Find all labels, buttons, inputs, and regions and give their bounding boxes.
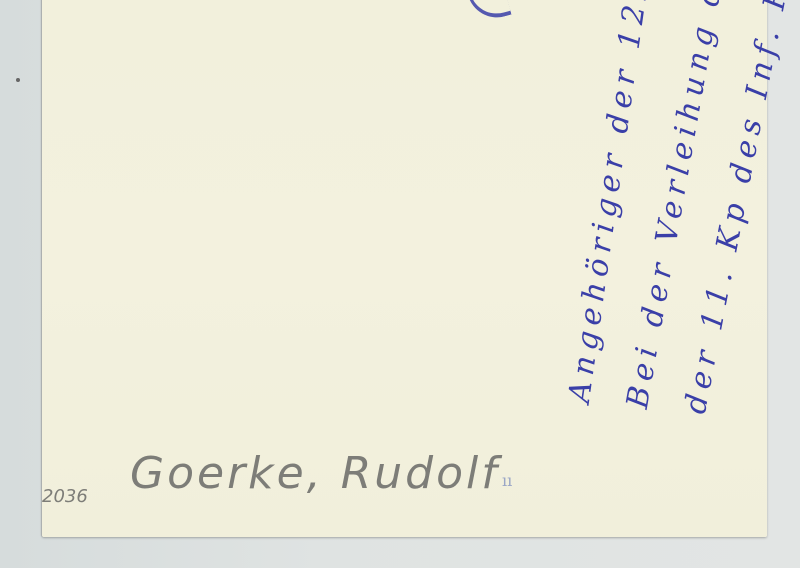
- person-name: Goerke, Rudolf: [130, 448, 500, 499]
- ink-mark: ıı: [502, 471, 512, 490]
- index-card: Angehöriger der 122. Bei der Verleihung …: [42, 0, 767, 537]
- card-number: 2036: [42, 486, 88, 507]
- ink-flourish: [465, 0, 511, 24]
- dust-speck: [16, 78, 20, 82]
